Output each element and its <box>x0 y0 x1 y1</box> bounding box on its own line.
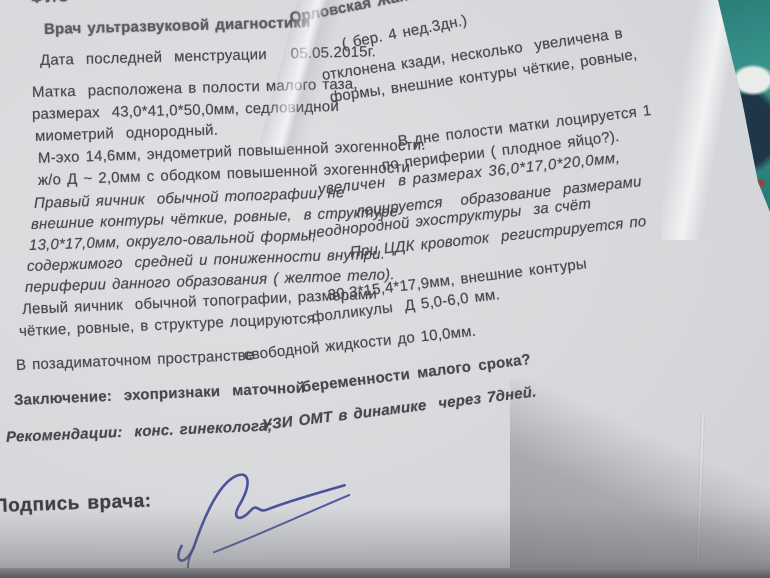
uterus-line-3: миометрий однородный. <box>35 122 219 145</box>
gestation-term-note: ( бер. 4 нед.3дн.) <box>340 12 468 53</box>
free-fluid-line-left: В позадиматочном пространстве <box>16 347 255 374</box>
report-photo: ФИО Киселева Анастасия Александровна 2 В… <box>0 0 770 578</box>
recommendations-line-left: Рекомендации: конс. гинеколога; <box>6 417 273 446</box>
table-edge-strip <box>0 568 770 578</box>
paper-fold-edge-highlight <box>662 0 732 240</box>
free-fluid-line-right: свободной жидкости до 10,0мм. <box>243 323 477 364</box>
doctor-name-line-left: Врач ультразвуковой диагностики <box>44 14 311 38</box>
conclusion-line-left: Заключение: эхопризнаки маточной <box>14 379 306 409</box>
